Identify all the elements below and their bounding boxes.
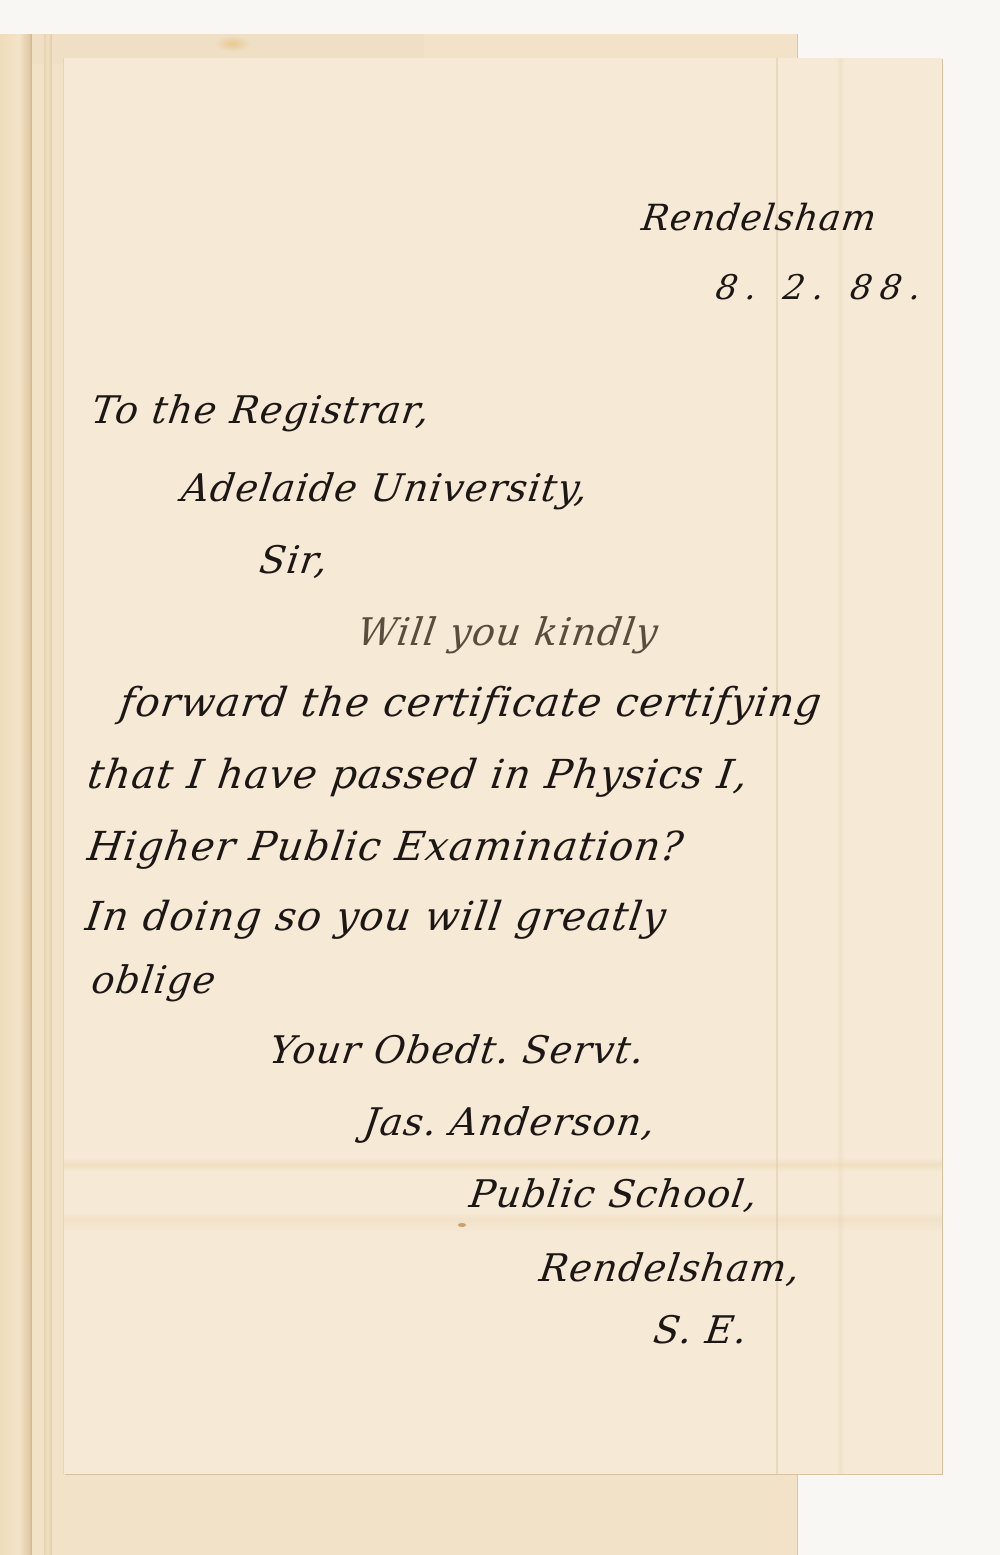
paper-stain xyxy=(215,36,251,52)
body-line: Higher Public Examination? xyxy=(85,824,687,870)
left-page-edge xyxy=(0,34,32,1555)
signature: Jas. Anderson, xyxy=(361,1100,659,1144)
institution: Adelaide University, xyxy=(179,466,591,510)
address-line: Rendelsham, xyxy=(537,1246,803,1290)
body-line: Will you kindly xyxy=(355,610,662,654)
letter-page: Rendelsham 8. 2. 88. To the Registrar, A… xyxy=(64,58,942,1474)
valediction: Your Obedt. Servt. xyxy=(267,1028,648,1072)
body-line: forward the certificate certifying xyxy=(117,680,825,726)
fold-crease-horizontal xyxy=(64,1158,942,1172)
body-line: that I have passed in Physics I, xyxy=(85,752,752,798)
address-line: S. E. xyxy=(651,1308,751,1352)
body-line: oblige xyxy=(89,958,220,1002)
body-line: In doing so you will greatly xyxy=(83,894,670,940)
ink-spot xyxy=(458,1223,466,1227)
letter-place: Rendelsham xyxy=(639,198,879,239)
addressee: To the Registrar, xyxy=(89,388,433,432)
address-line: Public School, xyxy=(467,1172,761,1216)
letter-date: 8. 2. 88. xyxy=(713,268,931,308)
page-spine-fold xyxy=(44,34,52,1555)
greeting: Sir, xyxy=(257,538,331,582)
